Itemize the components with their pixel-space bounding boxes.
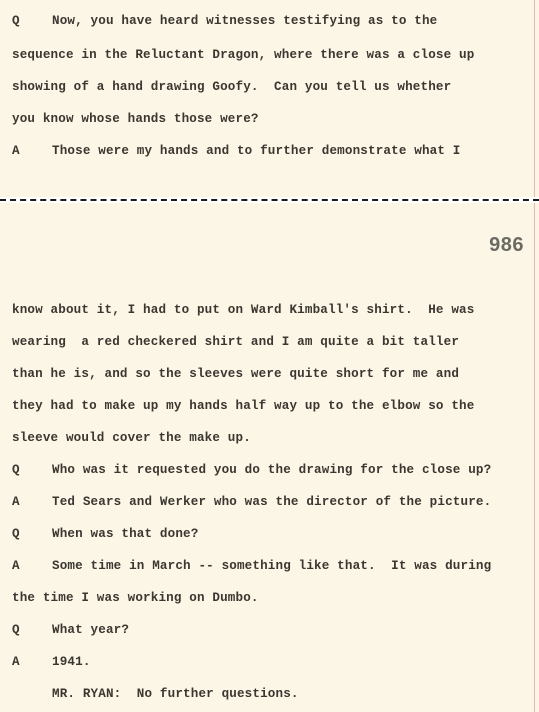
- speaker-label: Q: [12, 463, 20, 477]
- line-text: When was that done?: [52, 527, 198, 541]
- line-text: Those were my hands and to further demon…: [52, 144, 461, 158]
- speaker-label: A: [12, 559, 20, 573]
- line-text: Some time in March -- something like tha…: [52, 559, 491, 573]
- line-text: sequence in the Reluctant Dragon, where …: [12, 48, 474, 62]
- line-text: 1941.: [52, 655, 91, 669]
- line-text: What year?: [52, 623, 129, 637]
- line-text: know about it, I had to put on Ward Kimb…: [12, 303, 474, 317]
- line-text: than he is, and so the sleeves were quit…: [12, 367, 459, 381]
- previous-page-fragment: QNow, you have heard witnesses testifyin…: [0, 0, 539, 197]
- page-number: 986: [489, 234, 524, 257]
- speaker-label: Q: [12, 623, 20, 637]
- line-text: sleeve would cover the make up.: [12, 431, 251, 445]
- speaker-label: A: [12, 144, 20, 158]
- speaker-label: Q: [12, 14, 20, 28]
- line-text: they had to make up my hands half way up…: [12, 399, 474, 413]
- line-text: the time I was working on Dumbo.: [12, 591, 259, 605]
- line-text: MR. RYAN: No further questions.: [52, 687, 299, 701]
- line-text: you know whose hands those were?: [12, 112, 259, 126]
- line-text: showing of a hand drawing Goofy. Can you…: [12, 80, 451, 94]
- speaker-label: A: [12, 655, 20, 669]
- transcript-page: 986 know about it, I had to put on Ward …: [0, 203, 539, 712]
- speaker-label: A: [12, 495, 20, 509]
- line-text: Now, you have heard witnesses testifying…: [52, 14, 437, 28]
- line-text: Who was it requested you do the drawing …: [52, 463, 491, 477]
- line-text: wearing a red checkered shirt and I am q…: [12, 335, 459, 349]
- speaker-label: Q: [12, 527, 20, 541]
- line-text: Ted Sears and Werker who was the directo…: [52, 495, 491, 509]
